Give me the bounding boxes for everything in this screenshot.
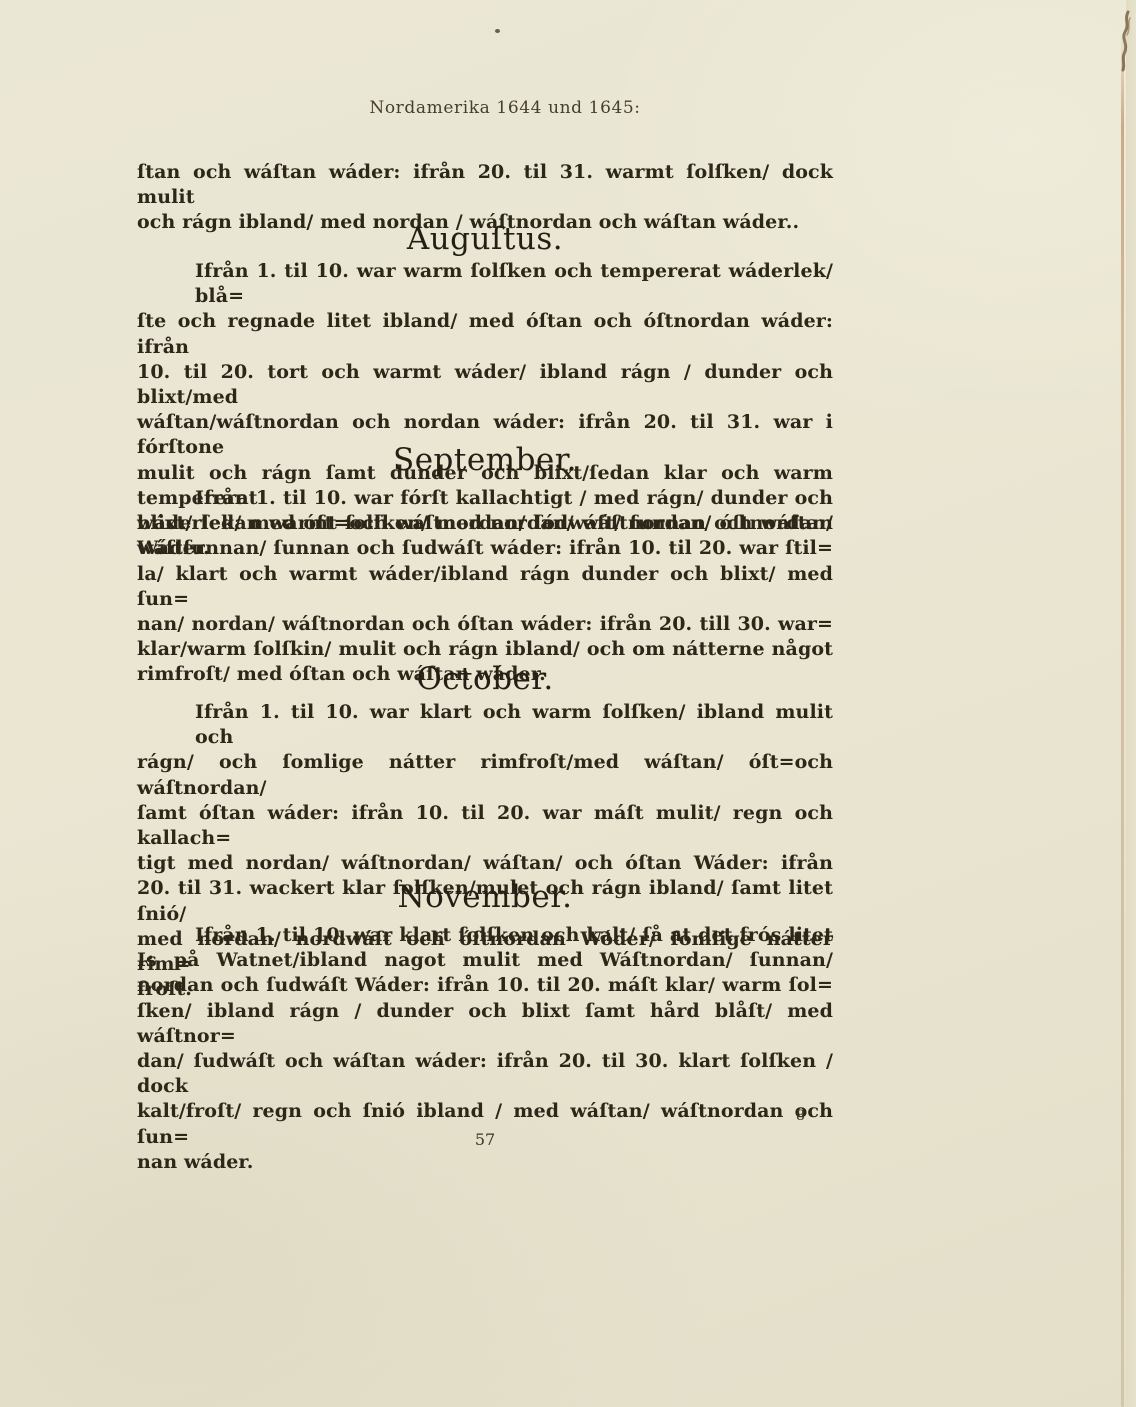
text-line: blixt/ ſedan warmt ſolſken/ med nordan/ …: [137, 511, 833, 536]
text-line: ſte och regnade litet ibland/ med óſtan …: [137, 309, 833, 359]
paper-edge-line: [1121, 30, 1124, 1407]
text-line: tigt med nordan/ wáſtnordan/ wáſtan/ och…: [137, 851, 833, 876]
running-header: Nordamerika 1644 und 1645:: [130, 98, 880, 118]
text-line: Ifrån 1. til 10. war klart och warm ſolſ…: [137, 700, 833, 750]
ink-speck: [495, 29, 500, 33]
text-line: nan/ nordan/ wáſtnordan och óſtan wáder:…: [137, 612, 833, 637]
section-heading-october: October.: [137, 662, 833, 696]
page-number: 57: [137, 1130, 833, 1149]
text-line: nordan och ſudwáſt Wáder: ifrån 10. til …: [137, 973, 833, 998]
text-line: nan wáder.: [137, 1150, 833, 1175]
section-heading-november: November.: [137, 880, 833, 914]
section-heading-augustus: Auguſtus.: [137, 222, 833, 256]
text-line: ſtan och wáſtan wáder: ifrån 20. til 31.…: [137, 160, 833, 210]
text-line: 10. til 20. tort och warmt wáder/ ibland…: [137, 360, 833, 410]
text-line: klar/warm ſolſkin/ mulit och rágn ibland…: [137, 637, 833, 662]
text-line: Is på Watnet/ibland nagot mulit med Wáſt…: [137, 948, 833, 973]
paragraph-september: Ifrån 1. til 10. war fórſt kallachtigt /…: [137, 486, 833, 688]
text-line: la/ klart och warmt wáder/ibland rágn du…: [137, 562, 833, 612]
section-heading-september: September.: [137, 443, 833, 477]
text-line: ſken/ ibland rágn / dunder och blixt ſam…: [137, 999, 833, 1049]
paper-corner-mark: [1110, 8, 1136, 72]
text-line: Ifrån 1. til 10. war warm ſolſken och te…: [137, 259, 833, 309]
signature-mark: 8: [796, 1108, 805, 1124]
text-line: dan/ ſudwáſt och wáſtan wáder: ifrån 20.…: [137, 1049, 833, 1099]
text-line: ſamt óſtan wáder: ifrån 10. til 20. war …: [137, 801, 833, 851]
text-line: Ifrån 1. til 10. war fórſt kallachtigt /…: [137, 486, 833, 511]
text-line: wáſtſunnan/ ſunnan och ſudwáſt wáder: if…: [137, 536, 833, 561]
text-line: Ifrån 1. til 10. war klart ſolſken och k…: [137, 923, 833, 948]
paper-edge-strip: [1126, 0, 1136, 1407]
book-page: Nordamerika 1644 und 1645: ſtan och wáſt…: [0, 0, 1136, 1407]
text-line: rágn/ och ſomlige nátter rimfroſt/med wá…: [137, 750, 833, 800]
